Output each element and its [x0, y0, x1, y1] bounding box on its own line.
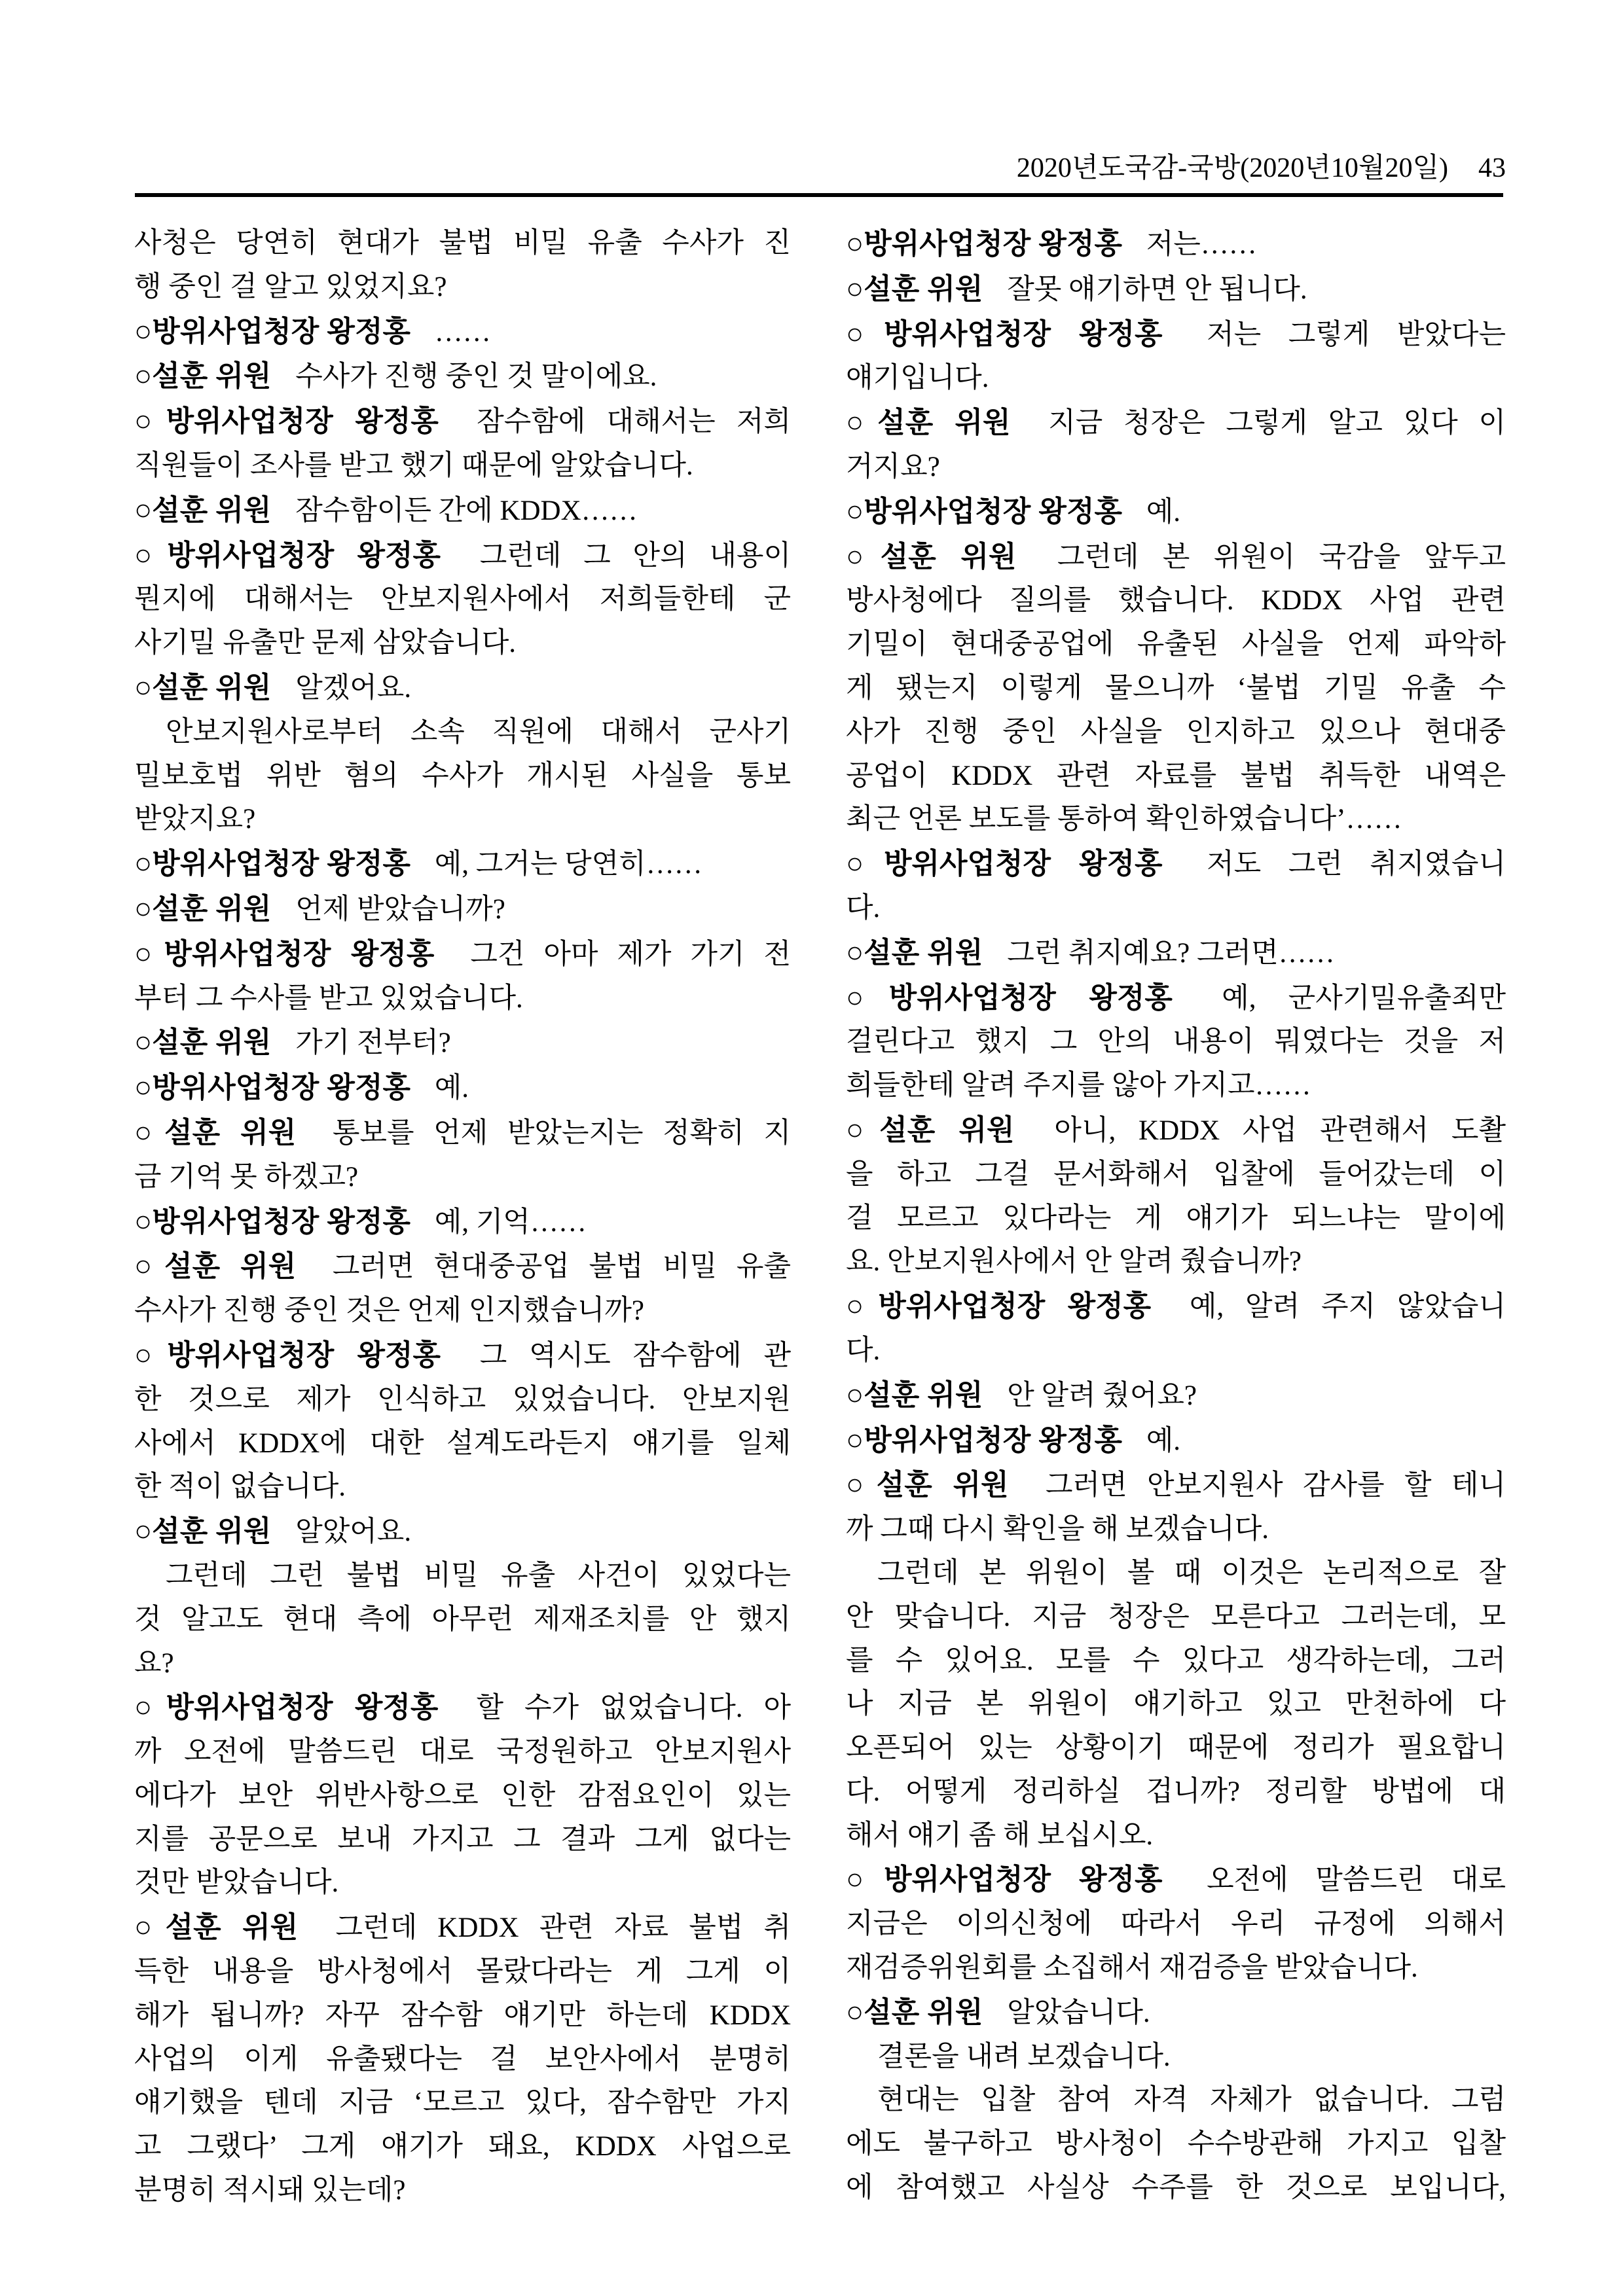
speaker-name: 설훈 위원 [152, 360, 271, 392]
paragraph: ○방위사업청장 왕정홍 저도 그런 취지였습니다. [846, 842, 1506, 931]
transcript-line: 다. [846, 1329, 1506, 1373]
paragraph: ○설훈 위원 그런 취지예요? 그러면…… [846, 931, 1506, 976]
paragraph: ○설훈 위원 가기 전부터? [134, 1020, 791, 1066]
transcript-line: 사기밀 유출만 문제 삼았습니다. [134, 622, 791, 666]
paragraph: 현대는 입찰 참여 자격 자체가 없습니다. 그럼에도 불구하고 방사청이 수수… [846, 2079, 1506, 2210]
transcript-line: 요. 안보지원사에서 안 알려 줬습니까? [846, 1240, 1506, 1284]
speaker-name: 설훈 위원 [152, 672, 271, 704]
transcript-line: 해가 됩니까? 자꾸 잠수함 얘기만 하는데 KDDX [134, 1994, 791, 2038]
transcript-line: 를 수 있어요. 모를 수 있다고 생각하는데, 그러 [846, 1640, 1506, 1683]
speaker-marker: ○ [134, 359, 152, 392]
transcript-line: 해서 얘기 좀 해 보십시오. [846, 1814, 1506, 1858]
speaker-marker: ○ [846, 1378, 864, 1411]
transcript-line: ○설훈 위원 잘못 얘기하면 안 됩니다. [846, 267, 1506, 312]
paragraph: ○설훈 위원 그런데 KDDX 관련 자료 불법 취득한 내용을 방사청에서 몰… [134, 1905, 791, 2213]
paragraph: ○설훈 위원 안 알려 줬어요? [846, 1373, 1506, 1418]
paragraph: ○방위사업청장 왕정홍 예. [134, 1066, 791, 1111]
transcript-line: 안 맞습니다. 지금 청장은 모른다고 그러는데, 모 [846, 1596, 1506, 1640]
transcript-line: 부터 그 수사를 받고 있었습니다. [134, 977, 791, 1021]
paragraph: ○방위사업청장 왕정홍 예. [846, 490, 1506, 535]
speaker-marker: ○ [134, 1338, 167, 1371]
transcript-line: 다. [846, 887, 1506, 931]
transcript-line: 그런데 그런 불법 비밀 유출 사건이 있었다는 [134, 1554, 791, 1598]
transcript-line: 밀보호법 위반 혐의 수사가 개시된 사실을 통보 [134, 755, 791, 798]
paragraph: ○방위사업청장 왕정홍 예, 그거는 당연히…… [134, 842, 791, 887]
transcript-line: 직원들이 조사를 받고 했기 때문에 알았습니다. [134, 444, 791, 488]
paragraph: ○설훈 위원 통보를 언제 받았는지는 정확히 지금 기억 못 하겠고? [134, 1111, 791, 1200]
transcript-line: ○설훈 위원 가기 전부터? [134, 1020, 791, 1066]
speaker-name: 방위사업청장 왕정홍 [884, 318, 1163, 350]
transcript-line: ○방위사업청장 왕정홍 저는…… [846, 222, 1506, 267]
transcript-line: 에 참여했고 사실상 수주를 한 것으로 보입니다, [846, 2166, 1506, 2210]
speaker-marker: ○ [846, 405, 877, 439]
speaker-name: 설훈 위원 [152, 1026, 271, 1058]
paragraph: ○방위사업청장 왕정홍 그런데 그 안의 내용이뭔지에 대해서는 안보지원사에서… [134, 533, 791, 666]
speaker-marker: ○ [134, 937, 164, 970]
speaker-name: 방위사업청장 왕정홍 [864, 1424, 1122, 1456]
speaker-name: 설훈 위원 [881, 541, 1017, 573]
speaker-name: 방위사업청장 왕정홍 [167, 539, 441, 571]
transcript-line: ○방위사업청장 왕정홍 예, 그거는 당연히…… [134, 842, 791, 887]
paragraph: ○방위사업청장 왕정홍 예. [846, 1418, 1506, 1463]
speaker-name: 설훈 위원 [864, 273, 983, 305]
transcript-line: 오픈되어 있는 상황이기 때문에 정리가 필요합니 [846, 1727, 1506, 1770]
transcript-line: 지금은 이의신청에 따라서 우리 규정에 의해서 [846, 1903, 1506, 1946]
speaker-marker: ○ [846, 935, 864, 969]
paragraph: ○방위사업청장 왕정홍 잠수함에 대해서는 저희직원들이 조사를 받고 했기 때… [134, 399, 791, 488]
transcript-line: 기밀이 현대중공업에 유출된 사실을 언제 파악하 [846, 623, 1506, 667]
transcript-line: ○방위사업청장 왕정홍 그건 아마 제가 가기 전 [134, 932, 791, 977]
paragraph: ○설훈 위원 그러면 현대중공업 불법 비밀 유출수사가 진행 중인 것은 언제… [134, 1244, 791, 1333]
transcript-line: ○방위사업청장 왕정홍 예, 군사기밀유출죄만 [846, 976, 1506, 1021]
speaker-name: 방위사업청장 왕정홍 [889, 982, 1173, 1014]
speaker-name: 방위사업청장 왕정홍 [878, 1290, 1151, 1322]
transcript-line: ○방위사업청장 왕정홍 예, 알려 주지 않았습니 [846, 1284, 1506, 1329]
transcript-line: ○설훈 위원 그러면 안보지원사 감사를 할 테니 [846, 1463, 1506, 1508]
transcript-line: 재검증위원회를 소집해서 재검증을 받았습니다. [846, 1946, 1506, 1990]
speaker-marker: ○ [134, 314, 152, 348]
speaker-name: 방위사업청장 왕정홍 [152, 848, 410, 880]
speaker-marker: ○ [134, 670, 152, 704]
paragraph: ○방위사업청장 왕정홍 예, 기억…… [134, 1200, 791, 1245]
paragraph: 사청은 당연히 현대가 불법 비밀 유출 수사가 진행 중인 걸 알고 있었지요… [134, 222, 791, 310]
transcript-line: 나 지금 본 위원이 얘기하고 있고 만천하에 다 [846, 1683, 1506, 1727]
paragraph: ○방위사업청장 왕정홍 오전에 말씀드린 대로지금은 이의신청에 따라서 우리 … [846, 1857, 1506, 1990]
transcript-line: 을 하고 그걸 문서화해서 입찰에 들어갔는데 이 [846, 1153, 1506, 1197]
speaker-name: 설훈 위원 [152, 494, 271, 526]
paragraph: ○설훈 위원 수사가 진행 중인 것 말이에요. [134, 354, 791, 399]
speaker-marker: ○ [846, 1423, 864, 1456]
speaker-name: 방위사업청장 왕정홍 [164, 938, 434, 970]
transcript-line: 행 중인 걸 알고 있었지요? [134, 266, 791, 310]
speaker-marker: ○ [846, 1289, 878, 1322]
paragraph: ○설훈 위원 아니, KDDX 사업 관련해서 도촬을 하고 그걸 문서화해서 … [846, 1108, 1506, 1284]
speaker-name: 방위사업청장 왕정홍 [864, 495, 1122, 528]
speaker-marker: ○ [846, 1995, 864, 2028]
transcript-line: 분명히 적시돼 있는데? [134, 2169, 791, 2213]
speaker-marker: ○ [134, 891, 152, 925]
speaker-marker: ○ [134, 1115, 164, 1149]
transcript-line: ○설훈 위원 언제 받았습니까? [134, 887, 791, 932]
speaker-name: 설훈 위원 [164, 1117, 296, 1149]
paragraph: 그런데 본 위원이 볼 때 이것은 논리적으로 잘안 맞습니다. 지금 청장은 … [846, 1552, 1506, 1858]
paragraph: ○방위사업청장 왕정홍 그 역시도 잠수함에 관한 것으로 제가 인식하고 있었… [134, 1333, 791, 1509]
transcript-line: ○방위사업청장 왕정홍 오전에 말씀드린 대로 [846, 1857, 1506, 1903]
transcript-line: 한 것으로 제가 인식하고 있었습니다. 안보지원 [134, 1378, 791, 1422]
transcript-line: 것 알고도 현대 측에 아무런 제재조치를 안 했지 [134, 1598, 791, 1642]
transcript-line: 안보지원사로부터 소속 직원에 대해서 군사기 [134, 711, 791, 755]
transcript-line: ○설훈 위원 그런데 본 위원이 국감을 앞두고 [846, 535, 1506, 580]
speaker-name: 방위사업청장 왕정홍 [152, 1206, 410, 1238]
transcript-line: ○설훈 위원 통보를 언제 받았는지는 정확히 지 [134, 1111, 791, 1156]
transcript-line: ○방위사업청장 왕정홍 예. [846, 490, 1506, 535]
speaker-name: 설훈 위원 [864, 1379, 983, 1411]
speaker-marker: ○ [134, 1690, 166, 1723]
left-column: 사청은 당연히 현대가 불법 비밀 유출 수사가 진행 중인 걸 알고 있었지요… [134, 222, 791, 2213]
right-column: ○방위사업청장 왕정홍 저는……○설훈 위원 잘못 얘기하면 안 됩니다.○방위… [846, 222, 1506, 2210]
transcript-line: 수사가 진행 중인 것은 언제 인지했습니까? [134, 1289, 791, 1333]
paragraph: ○설훈 위원 지금 청장은 그렇게 알고 있다 이거지요? [846, 401, 1506, 490]
transcript-line: 공업이 KDDX 관련 자료를 불법 취득한 내역은 [846, 755, 1506, 798]
speaker-marker: ○ [134, 846, 152, 880]
transcript-line: 현대는 입찰 참여 자격 자체가 없습니다. 그럼 [846, 2079, 1506, 2123]
transcript-line: 걸린다고 했지 그 안의 내용이 뭐였다는 것을 저 [846, 1020, 1506, 1064]
transcript-line: ○설훈 위원 그런 취지예요? 그러면…… [846, 931, 1506, 976]
transcript-line: 방사청에다 질의를 했습니다. KDDX 사업 관련 [846, 579, 1506, 623]
paragraph: ○설훈 위원 알았습니다. [846, 1990, 1506, 2036]
paragraph: ○방위사업청장 왕정홍 그건 아마 제가 가기 전부터 그 수사를 받고 있었습… [134, 932, 791, 1021]
paragraph: ○방위사업청장 왕정홍 저는…… [846, 222, 1506, 267]
transcript-line: ○설훈 위원 지금 청장은 그렇게 알고 있다 이 [846, 401, 1506, 446]
transcript-line: 얘기했을 텐데 지금 ‘모르고 있다, 잠수함만 가지 [134, 2081, 791, 2125]
speaker-marker: ○ [846, 1862, 884, 1895]
transcript-line: 다. 어떻게 정리하실 겁니까? 정리할 방법에 대 [846, 1770, 1506, 1814]
transcript-line: 희들한테 알려 주지를 않아 가지고…… [846, 1064, 1506, 1108]
transcript-line: ○설훈 위원 그런데 KDDX 관련 자료 불법 취 [134, 1905, 791, 1950]
speaker-name: 설훈 위원 [166, 1911, 299, 1943]
speaker-marker: ○ [134, 1025, 152, 1058]
speaker-name: 설훈 위원 [164, 1250, 296, 1282]
speaker-marker: ○ [134, 1910, 166, 1943]
paragraph: 그런데 그런 불법 비밀 유출 사건이 있었다는것 알고도 현대 측에 아무런 … [134, 1554, 791, 1685]
paragraph: ○방위사업청장 왕정홍 저는 그렇게 받았다는얘기입니다. [846, 312, 1506, 401]
paragraph: ○설훈 위원 알겠어요. [134, 666, 791, 711]
transcript-line: ○방위사업청장 왕정홍 예, 기억…… [134, 1200, 791, 1245]
transcript-line: ○방위사업청장 왕정홍 …… [134, 310, 791, 355]
speaker-marker: ○ [134, 493, 152, 526]
speaker-name: 설훈 위원 [877, 406, 1010, 439]
transcript-line: ○방위사업청장 왕정홍 예. [846, 1418, 1506, 1463]
transcript-line: 뭔지에 대해서는 안보지원사에서 저희들한테 군 [134, 578, 791, 622]
transcript-line: 까 그때 다시 확인을 해 보겠습니다. [846, 1508, 1506, 1552]
paragraph: ○설훈 위원 알았어요. [134, 1509, 791, 1554]
transcript-line: 사청은 당연히 현대가 불법 비밀 유출 수사가 진 [134, 222, 791, 266]
paragraph: ○방위사업청장 왕정홍 할 수가 없었습니다. 아까 오전에 말씀드린 대로 국… [134, 1685, 791, 1905]
transcript-line: 최근 언론 보도를 통하여 확인하였습니다’…… [846, 798, 1506, 842]
transcript-line: ○설훈 위원 잠수함이든 간에 KDDX…… [134, 488, 791, 533]
transcript-line: 받았지요? [134, 798, 791, 842]
transcript-line: 그런데 본 위원이 볼 때 이것은 논리적으로 잘 [846, 1552, 1506, 1596]
transcript-line: ○방위사업청장 왕정홍 저도 그런 취지였습니 [846, 842, 1506, 887]
speaker-name: 방위사업청장 왕정홍 [884, 1863, 1163, 1895]
paragraph: ○설훈 위원 잘못 얘기하면 안 됩니다. [846, 267, 1506, 312]
transcript-line: 에다가 보안 위반사항으로 인한 감점요인이 있는 [134, 1774, 791, 1818]
speaker-name: 방위사업청장 왕정홍 [864, 228, 1122, 260]
speaker-marker: ○ [846, 539, 881, 573]
page: 2020년도국감-국방(2020년10월20일)43 사청은 당연히 현대가 불… [0, 0, 1623, 2296]
transcript-line: 에도 불구하고 방사청이 수수방관해 가지고 입찰 [846, 2123, 1506, 2166]
speaker-name: 설훈 위원 [152, 893, 271, 925]
speaker-marker: ○ [134, 1070, 152, 1103]
transcript-line: ○방위사업청장 왕정홍 할 수가 없었습니다. 아 [134, 1685, 791, 1731]
speaker-marker: ○ [846, 226, 864, 260]
transcript-line: 지를 공문으로 보내 가지고 그 결과 그게 없다는 [134, 1818, 791, 1862]
paragraph: 결론을 내려 보겠습니다. [846, 2036, 1506, 2079]
transcript-line: ○설훈 위원 알았어요. [134, 1509, 791, 1554]
speaker-marker: ○ [134, 404, 166, 437]
paragraph: ○방위사업청장 왕정홍 …… [134, 310, 791, 355]
transcript-line: 사업의 이게 유출됐다는 걸 보안사에서 분명히 [134, 2038, 791, 2082]
header-rule [135, 193, 1503, 197]
transcript-line: ○방위사업청장 왕정홍 그 역시도 잠수함에 관 [134, 1333, 791, 1378]
speaker-marker: ○ [846, 846, 884, 880]
transcript-line: ○방위사업청장 왕정홍 예. [134, 1066, 791, 1111]
speaker-marker: ○ [846, 1467, 877, 1501]
speaker-name: 방위사업청장 왕정홍 [152, 1071, 410, 1103]
transcript-line: 한 적이 없습니다. [134, 1465, 791, 1509]
speaker-name: 방위사업청장 왕정홍 [167, 1339, 441, 1371]
speaker-name: 방위사업청장 왕정홍 [166, 1691, 438, 1723]
transcript-line: 요? [134, 1642, 791, 1686]
speaker-name: 방위사업청장 왕정홍 [152, 315, 410, 348]
speaker-marker: ○ [846, 980, 889, 1014]
transcript-line: 거지요? [846, 446, 1506, 490]
transcript-line: ○설훈 위원 그러면 현대중공업 불법 비밀 유출 [134, 1244, 791, 1289]
transcript-line: ○방위사업청장 왕정홍 그런데 그 안의 내용이 [134, 533, 791, 579]
transcript-line: ○설훈 위원 안 알려 줬어요? [846, 1373, 1506, 1418]
transcript-line: ○설훈 위원 아니, KDDX 사업 관련해서 도촬 [846, 1108, 1506, 1153]
paragraph: ○방위사업청장 왕정홍 예, 군사기밀유출죄만걸린다고 했지 그 안의 내용이 … [846, 976, 1506, 1108]
transcript-line: 걸 모르고 있다라는 게 얘기가 되느냐는 말이에 [846, 1197, 1506, 1241]
transcript-line: 금 기억 못 하겠고? [134, 1156, 791, 1200]
speaker-marker: ○ [846, 317, 884, 350]
speaker-marker: ○ [846, 272, 864, 305]
page-header: 2020년도국감-국방(2020년10월20일)43 [135, 149, 1506, 187]
paragraph: ○설훈 위원 그러면 안보지원사 감사를 할 테니까 그때 다시 확인을 해 보… [846, 1463, 1506, 1552]
speaker-name: 설훈 위원 [879, 1114, 1014, 1146]
speaker-name: 설훈 위원 [864, 1996, 983, 2028]
paragraph: ○방위사업청장 왕정홍 예, 알려 주지 않았습니다. [846, 1284, 1506, 1373]
speaker-name: 설훈 위원 [152, 1515, 271, 1547]
transcript-line: 고 그랬다’ 그게 얘기가 돼요, KDDX 사업으로 [134, 2125, 791, 2169]
speaker-marker: ○ [846, 494, 864, 528]
transcript-line: ○방위사업청장 왕정홍 잠수함에 대해서는 저희 [134, 399, 791, 444]
paragraph: ○설훈 위원 그런데 본 위원이 국감을 앞두고방사청에다 질의를 했습니다. … [846, 535, 1506, 842]
speaker-marker: ○ [134, 1514, 152, 1547]
header-title: 2020년도국감-국방(2020년10월20일) [1017, 153, 1448, 183]
transcript-line: ○설훈 위원 수사가 진행 중인 것 말이에요. [134, 354, 791, 399]
transcript-line: 결론을 내려 보겠습니다. [846, 2036, 1506, 2079]
transcript-line: ○방위사업청장 왕정홍 저는 그렇게 받았다는 [846, 312, 1506, 357]
speaker-name: 방위사업청장 왕정홍 [884, 848, 1163, 880]
transcript-line: 까 오전에 말씀드린 대로 국정원하고 안보지원사 [134, 1731, 791, 1774]
speaker-name: 방위사업청장 왕정홍 [166, 405, 439, 437]
speaker-marker: ○ [134, 1249, 164, 1282]
speaker-marker: ○ [846, 1113, 879, 1146]
transcript-line: 것만 받았습니다. [134, 1861, 791, 1905]
page-number: 43 [1478, 153, 1506, 183]
transcript-line: 사가 진행 중인 사실을 인지하고 있으나 현대중 [846, 711, 1506, 755]
speaker-marker: ○ [134, 1204, 152, 1238]
speaker-name: 설훈 위원 [864, 937, 983, 969]
paragraph: 안보지원사로부터 소속 직원에 대해서 군사기밀보호법 위반 혐의 수사가 개시… [134, 711, 791, 842]
paragraph: ○설훈 위원 언제 받았습니까? [134, 887, 791, 932]
transcript-line: ○설훈 위원 알았습니다. [846, 1990, 1506, 2036]
transcript-line: 득한 내용을 방사청에서 몰랐다라는 게 그게 이 [134, 1950, 791, 1994]
transcript-line: 얘기입니다. [846, 357, 1506, 401]
speaker-name: 설훈 위원 [877, 1469, 1009, 1501]
transcript-line: 게 됐는지 이렇게 물으니까 ‘불법 기밀 유출 수 [846, 667, 1506, 711]
transcript-line: 사에서 KDDX에 대한 설계도라든지 얘기를 일체 [134, 1422, 791, 1466]
transcript-line: ○설훈 위원 알겠어요. [134, 666, 791, 711]
speaker-marker: ○ [134, 538, 167, 571]
paragraph: ○설훈 위원 잠수함이든 간에 KDDX…… [134, 488, 791, 533]
